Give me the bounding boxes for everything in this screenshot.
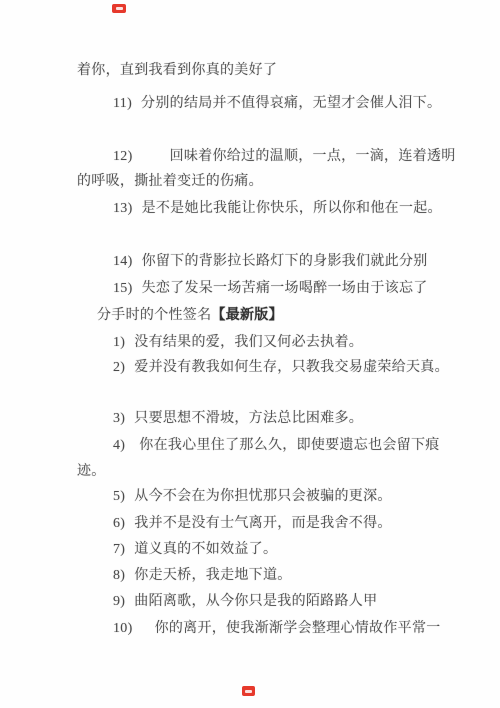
item-number: 7): [113, 541, 125, 559]
text-line: 6)我并不是没有士气离开，而是我舍不得。: [113, 515, 392, 533]
item-number: 4): [113, 437, 125, 455]
line-text: 爱并没有教我如何生存，只教我交易虚荣给天真。: [134, 360, 449, 375]
text-line: 10)你的离开，使我渐渐学会整理心情故作平常一: [113, 620, 441, 638]
number-text-gap: [125, 370, 134, 371]
number-text-gap: [125, 552, 134, 553]
item-number: 2): [113, 359, 125, 377]
line-text: 曲陌离歌，从今你只是我的陌路路人甲: [134, 594, 377, 609]
text-line: 的呼吸，撕扯着变迁的伤痛。: [77, 173, 263, 191]
item-number: 6): [113, 515, 125, 533]
item-number: 1): [113, 334, 125, 352]
number-text-gap: [125, 499, 134, 500]
number-text-gap: [125, 526, 134, 527]
text-line: 12)回味着你给过的温顺，一点，一滴，连着透明: [113, 148, 456, 166]
watermark-glyph: [116, 7, 123, 10]
item-number: 15): [113, 280, 133, 298]
header-highlight: 【最新版】: [211, 308, 283, 323]
item-number: 3): [113, 410, 125, 428]
number-text-gap: [125, 604, 134, 605]
line-text: 是不是她比我能让你快乐，所以你和他在一起。: [142, 201, 442, 216]
line-text: 你留下的背影拉长路灯下的身影我们就此分别: [142, 254, 428, 269]
text-line: 8)你走天桥，我走地下道。: [113, 567, 292, 585]
red-watermark-bottom-icon: [242, 686, 255, 696]
document-page: 着你，直到我看到你真的美好了11)分别的结局并不值得哀痛，无望才会催人泪下。12…: [0, 0, 500, 708]
line-text: 道义真的不如效益了。: [134, 542, 277, 557]
line-text: 从今不会在为你担忧那只会被骗的更深。: [134, 489, 391, 504]
line-text: 迹。: [77, 464, 106, 479]
text-line: 1)没有结果的爱，我们又何必去执着。: [113, 334, 363, 352]
line-text: 失恋了发呆一场苦痛一场喝醉一场由于该忘了: [142, 281, 428, 296]
text-line: 9)曲陌离歌，从今你只是我的陌路路人甲: [113, 593, 377, 611]
line-text: 你的离开，使我渐渐学会整理心情故作平常一: [155, 621, 441, 636]
item-number: 5): [113, 488, 125, 506]
number-text-gap: [133, 631, 155, 632]
line-text: 分手时的个性签名: [97, 308, 211, 323]
text-line: 11)分别的结局并不值得哀痛，无望才会催人泪下。: [113, 95, 441, 113]
line-text: 你在我心里住了那么久，即使要遗忘也会留下痕: [139, 438, 439, 453]
line-text: 你走天桥，我走地下道。: [134, 568, 291, 583]
item-number: 12): [113, 148, 133, 166]
line-text: 我并不是没有士气离开，而是我舍不得。: [134, 516, 391, 531]
number-text-gap: [125, 345, 134, 346]
item-number: 14): [113, 253, 133, 271]
line-text: 没有结果的爱，我们又何必去执着。: [134, 335, 363, 350]
text-line: 3)只要思想不滑坡，方法总比困难多。: [113, 410, 363, 428]
number-text-gap: [133, 159, 170, 160]
item-number: 13): [113, 200, 133, 218]
item-number: 11): [113, 95, 132, 113]
text-line: 4)你在我心里住了那么久，即使要遗忘也会留下痕: [113, 437, 440, 455]
line-text: 着你，直到我看到你真的美好了: [77, 63, 277, 78]
number-text-gap: [125, 448, 139, 449]
text-line: 着你，直到我看到你真的美好了: [77, 62, 277, 80]
text-line: 7)道义真的不如效益了。: [113, 541, 277, 559]
number-text-gap: [125, 578, 134, 579]
text-line: 13)是不是她比我能让你快乐，所以你和他在一起。: [113, 200, 442, 218]
text-line: 2)爱并没有教我如何生存，只教我交易虚荣给天真。: [113, 359, 449, 377]
number-text-gap: [125, 421, 134, 422]
section-header: 分手时的个性签名【最新版】: [97, 307, 283, 325]
line-text: 回味着你给过的温顺，一点，一滴，连着透明: [170, 149, 456, 164]
watermark-glyph: [245, 690, 252, 693]
red-watermark-top-icon: [112, 4, 126, 13]
text-line: 迹。: [77, 463, 106, 481]
number-text-gap: [133, 211, 142, 212]
number-text-gap: [133, 264, 142, 265]
text-line: 14)你留下的背影拉长路灯下的身影我们就此分别: [113, 253, 428, 271]
text-line: 15)失恋了发呆一场苦痛一场喝醉一场由于该忘了: [113, 280, 428, 298]
item-number: 10): [113, 620, 133, 638]
number-text-gap: [133, 291, 142, 292]
item-number: 9): [113, 593, 125, 611]
line-text: 分别的结局并不值得哀痛，无望才会催人泪下。: [141, 96, 441, 111]
text-line: 5)从今不会在为你担忧那只会被骗的更深。: [113, 488, 392, 506]
line-text: 只要思想不滑坡，方法总比困难多。: [134, 411, 363, 426]
number-text-gap: [132, 106, 141, 107]
line-text: 的呼吸，撕扯着变迁的伤痛。: [77, 174, 263, 189]
item-number: 8): [113, 567, 125, 585]
